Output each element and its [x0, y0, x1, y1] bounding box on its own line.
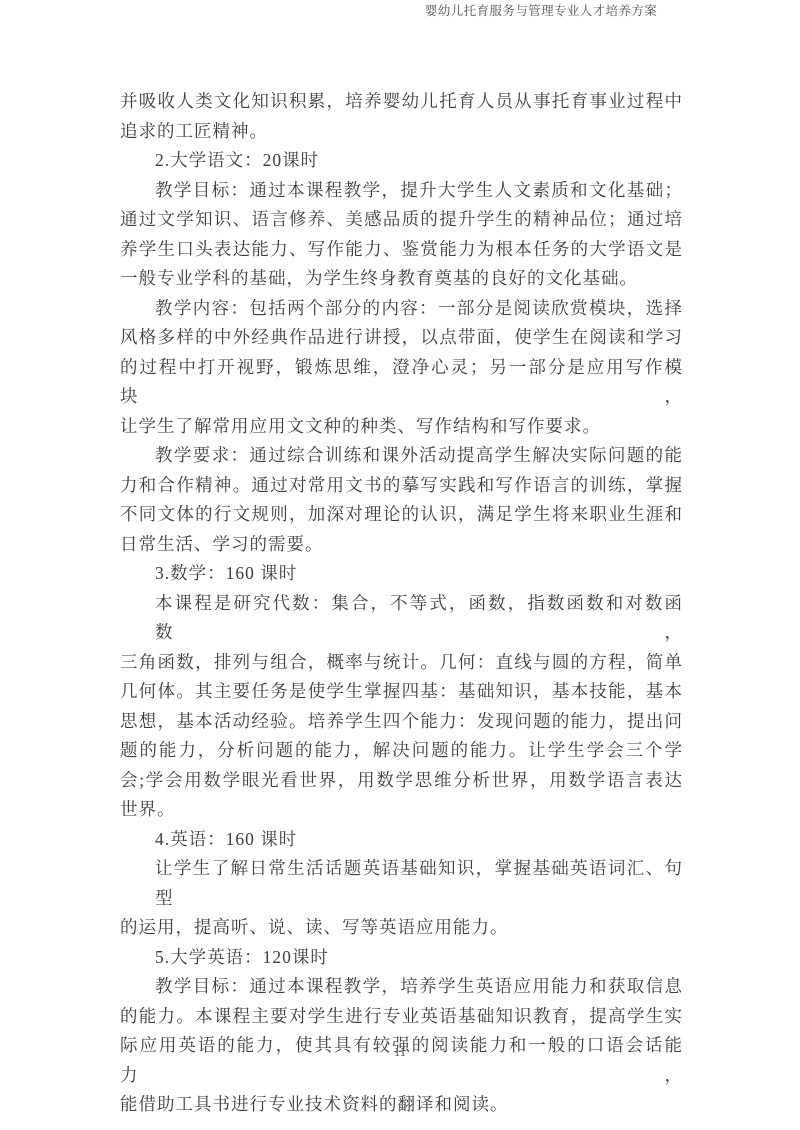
- text-line: 本课程是研究代数：集合，不等式，函数，指数函数和对数函数，: [120, 589, 683, 648]
- page-number: 11: [0, 1045, 800, 1060]
- text-line: 际应用英语的能力，使其具有较强的阅读能力和一般的口语会话能力，: [120, 1031, 683, 1090]
- text-line: 能借助工具书进行专业技术资料的翻译和阅读。: [120, 1090, 683, 1120]
- text-line: 追求的工匠精神。: [120, 117, 683, 147]
- text-line: 世界。: [120, 795, 683, 825]
- course-heading: 3.数学：160 课时: [120, 559, 683, 589]
- text-line: 题的能力，分析问题的能力，解决问题的能力。让学生学会三个学: [120, 736, 683, 766]
- text-line: 的运用，提高听、说、读、写等英语应用能力。: [120, 913, 683, 943]
- text-line: 养学生口头表达能力、写作能力、鉴赏能力为根本任务的大学语文是: [120, 235, 683, 265]
- text-line: 三角函数，排列与组合，概率与统计。几何：直线与圆的方程，简单: [120, 648, 683, 678]
- course-heading: 4.英语：160 课时: [120, 825, 683, 855]
- text-line: 的能力。本课程主要对学生进行专业英语基础知识教育，提高学生实: [120, 1002, 683, 1032]
- text-line: 教学要求：通过综合训练和课外活动提高学生解决实际问题的能: [120, 441, 683, 471]
- text-line: 通过文学知识、语言修养、美感品质的提升学生的精神品位；通过培: [120, 205, 683, 235]
- page-header-title: 婴幼儿托育服务与管理专业人才培养方案: [425, 1, 657, 19]
- course-heading: 2.大学语文：20课时: [120, 146, 683, 176]
- text-line: 并吸收人类文化知识积累，培养婴幼儿托育人员从事托育事业过程中: [120, 87, 683, 117]
- course-heading: 5.大学英语：120课时: [120, 943, 683, 973]
- text-line: 教学目标：通过本课程教学，培养学生英语应用能力和获取信息: [120, 972, 683, 1002]
- text-line: 几何体。其主要任务是使学生掌握四基：基础知识，基本技能，基本: [120, 677, 683, 707]
- text-line: 一般专业学科的基础，为学生终身教育奠基的良好的文化基础。: [120, 264, 683, 294]
- text-line: 让学生了解日常生活话题英语基础知识，掌握基础英语词汇、句型: [120, 854, 683, 913]
- text-line: 不同文体的行文规则，加深对理论的认识，满足学生将来职业生涯和: [120, 500, 683, 530]
- document-page: 婴幼儿托育服务与管理专业人才培养方案 并吸收人类文化知识积累，培养婴幼儿托育人员…: [0, 0, 800, 1130]
- text-line: 会;学会用数学眼光看世界，用数学思维分析世界，用数学语言表达: [120, 766, 683, 796]
- text-line: 让学生了解常用应用文文种的种类、写作结构和写作要求。: [120, 412, 683, 442]
- text-line: 风格多样的中外经典作品进行讲授，以点带面，使学生在阅读和学习: [120, 323, 683, 353]
- text-line: 力和合作精神。通过对常用文书的摹写实践和写作语言的训练，掌握: [120, 471, 683, 501]
- text-line: 教学内容：包括两个部分的内容：一部分是阅读欣赏模块，选择: [120, 294, 683, 324]
- text-line: 思想，基本活动经验。培养学生四个能力：发现问题的能力，提出问: [120, 707, 683, 737]
- document-body: 并吸收人类文化知识积累，培养婴幼儿托育人员从事托育事业过程中 追求的工匠精神。 …: [120, 87, 683, 1120]
- text-line: 教学目标：通过本课程教学，提升大学生人文素质和文化基础；: [120, 176, 683, 206]
- text-line: 日常生活、学习的需要。: [120, 530, 683, 560]
- text-line: 的过程中打开视野，锻炼思维，澄净心灵；另一部分是应用写作模块，: [120, 353, 683, 412]
